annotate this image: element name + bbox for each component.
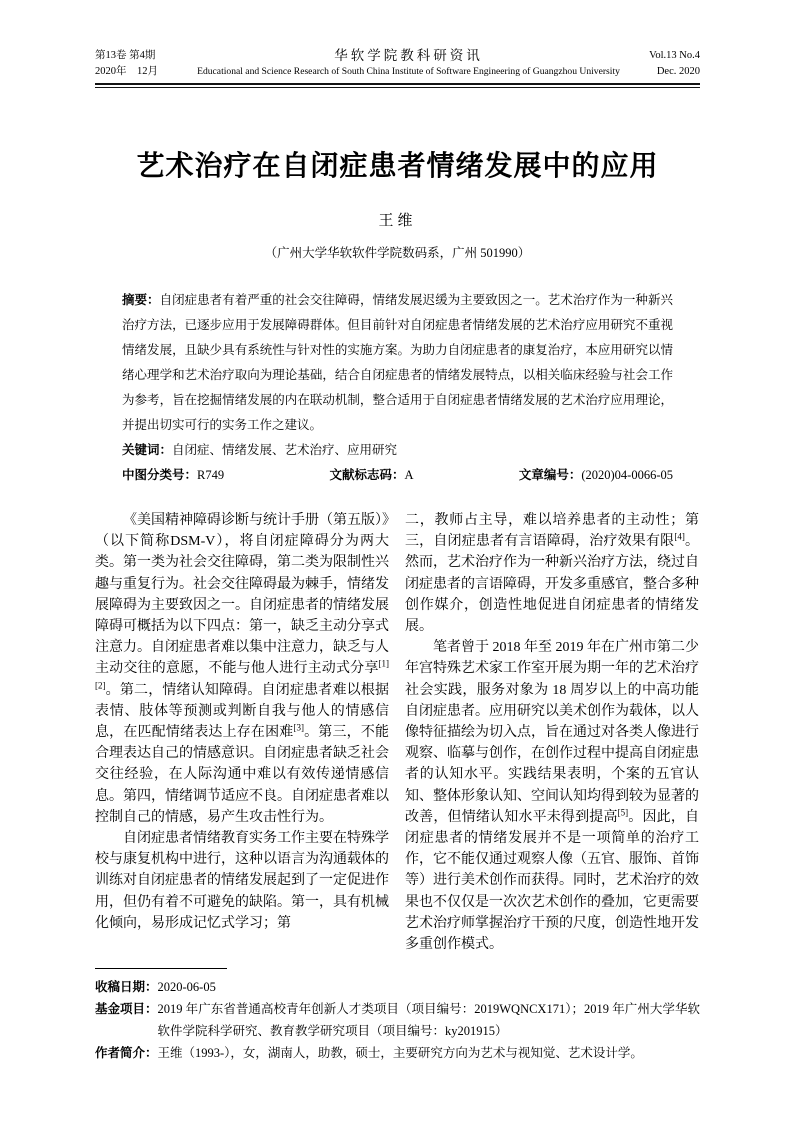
article-id: 文章编号：(2020)04-0066-05 xyxy=(519,463,673,488)
abstract-text: 自闭症患者有着严重的社会交往障碍，情绪发展迟缓为主要致因之一。艺术治疗作为一种新… xyxy=(122,293,673,432)
abstract-label: 摘要： xyxy=(122,293,160,307)
header-volume-issue: 第13卷 第4期 2020年 12月 xyxy=(95,48,187,80)
article-id-label: 文章编号： xyxy=(519,468,582,482)
body-paragraph: 《美国精神障碍诊断与统计手册（第五版）》（以下简称DSM-V），将自闭症障碍分为… xyxy=(95,510,389,828)
citation-ref: [1] xyxy=(379,659,390,669)
clc-label: 中图分类号： xyxy=(122,468,197,482)
abstract-paragraph: 摘要：自闭症患者有着严重的社会交往障碍，情绪发展迟缓为主要致因之一。艺术治疗作为… xyxy=(122,288,673,438)
keywords-line: 关键词：自闭症、情绪发展、艺术治疗、应用研究 xyxy=(122,438,673,463)
author-bio-label: 作者简介： xyxy=(95,1042,158,1064)
header-date-line-en: Dec. 2020 xyxy=(630,64,700,80)
body-paragraph: 二，教师占主导，难以培养患者的主动性；第三，自闭症患者有言语障碍，治疗效果有限[… xyxy=(405,510,699,637)
right-column: 二，教师占主导，难以培养患者的主动性；第三，自闭症患者有言语障碍，治疗效果有限[… xyxy=(405,510,699,955)
fund-project-label: 基金项目： xyxy=(95,998,158,1020)
keywords-label: 关键词： xyxy=(122,443,172,457)
citation-ref: [4] xyxy=(674,532,685,542)
author-affiliation: （广州大学华软软件学院数码系，广州 501990） xyxy=(95,243,700,261)
header-date-line-cn: 2020年 12月 xyxy=(95,64,187,80)
classification-row: 中图分类号：R749 文献标志码：A 文章编号：(2020)04-0066-05 xyxy=(122,463,673,488)
received-date-label: 收稿日期： xyxy=(95,976,158,998)
journal-title-cn: 华软学院教科研资讯 xyxy=(187,48,630,64)
document-code: 文献标志码：A xyxy=(329,463,413,488)
fund-project-value: 2019 年广东省普通高校青年创新人才类项目（项目编号：2019WQNCX171… xyxy=(158,998,700,1042)
abstract-block: 摘要：自闭症患者有着严重的社会交往障碍，情绪发展迟缓为主要致因之一。艺术治疗作为… xyxy=(122,288,673,488)
footnote-block: 收稿日期： 2020-06-05 基金项目： 2019 年广东省普通高校青年创新… xyxy=(95,968,700,1064)
journal-title-block: 华软学院教科研资讯 Educational and Science Resear… xyxy=(187,48,630,80)
document-code-label: 文献标志码： xyxy=(329,468,404,482)
clc-value: R749 xyxy=(197,468,224,482)
journal-title-en: Educational and Science Research of Sout… xyxy=(187,64,630,80)
body-columns: 《美国精神障碍诊断与统计手册（第五版）》（以下简称DSM-V），将自闭症障碍分为… xyxy=(95,510,700,955)
body-paragraph: 自闭症患者情绪教育实务工作主要在特殊学校与康复机构中进行，这种以语言为沟通载体的… xyxy=(95,828,389,934)
header-vol-no-block: Vol.13 No.4 Dec. 2020 xyxy=(630,48,700,80)
header-vol-no: Vol.13 No.4 xyxy=(630,48,700,64)
header-volume-line: 第13卷 第4期 xyxy=(95,48,187,64)
author-bio-value: 王维（1993-），女，湖南人，助教，硕士，主要研究方向为艺术与视知觉、艺术设计… xyxy=(158,1042,700,1064)
keywords-text: 自闭症、情绪发展、艺术治疗、应用研究 xyxy=(172,443,397,457)
left-column: 《美国精神障碍诊断与统计手册（第五版）》（以下简称DSM-V），将自闭症障碍分为… xyxy=(95,510,389,955)
article-title: 艺术治疗在自闭症患者情绪发展中的应用 xyxy=(95,144,700,184)
citation-ref: [5] xyxy=(618,807,629,817)
journal-page: 第13卷 第4期 2020年 12月 华软学院教科研资讯 Educational… xyxy=(0,0,793,1122)
article-id-value: (2020)04-0066-05 xyxy=(581,468,673,482)
clc-number: 中图分类号：R749 xyxy=(122,463,224,488)
document-code-value: A xyxy=(404,468,413,482)
author-bio-row: 作者简介： 王维（1993-），女，湖南人，助教，硕士，主要研究方向为艺术与视知… xyxy=(95,1042,700,1064)
author-name: 王维 xyxy=(95,209,700,230)
citation-ref: [2] xyxy=(95,680,106,690)
received-date-value: 2020-06-05 xyxy=(158,976,700,998)
footnote-rule xyxy=(95,968,227,969)
header-divider-rule xyxy=(95,83,700,88)
fund-project-row: 基金项目： 2019 年广东省普通高校青年创新人才类项目（项目编号：2019WQ… xyxy=(95,998,700,1042)
journal-header: 第13卷 第4期 2020年 12月 华软学院教科研资讯 Educational… xyxy=(95,48,700,80)
citation-ref: [3] xyxy=(293,722,304,732)
body-paragraph: 笔者曾于 2018 年至 2019 年在广州市第二少年宫特殊艺术家工作室开展为期… xyxy=(405,637,699,955)
received-date-row: 收稿日期： 2020-06-05 xyxy=(95,976,700,998)
